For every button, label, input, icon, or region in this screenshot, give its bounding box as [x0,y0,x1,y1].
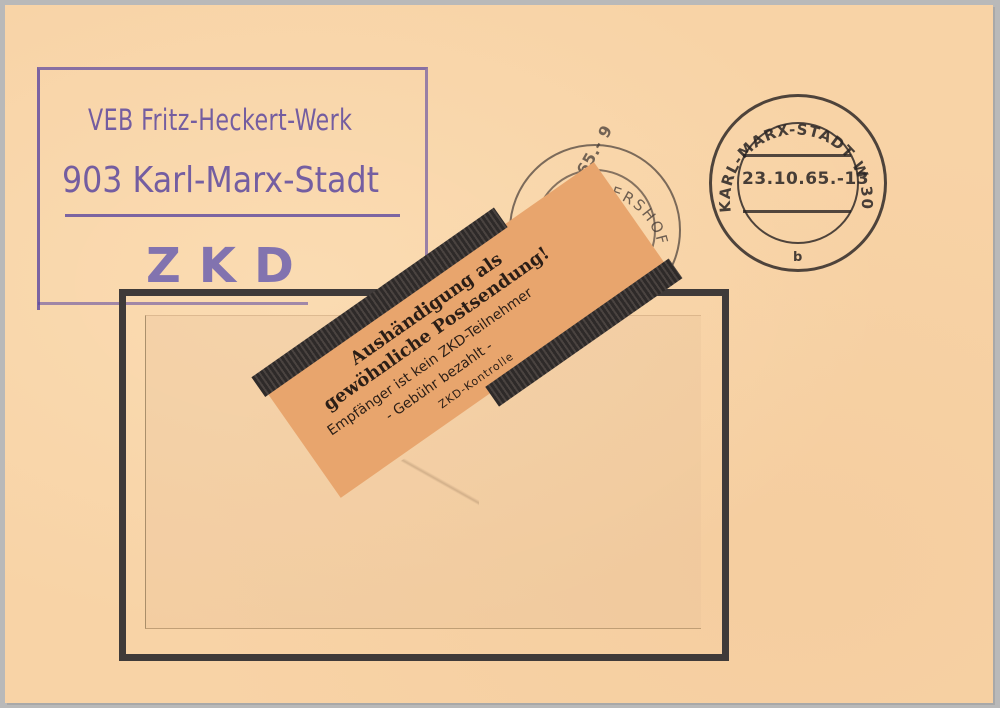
stamp-company-name: VEB Fritz-Heckert-Werk [88,103,352,137]
postmark-code: b [793,250,802,265]
postmark-date: 23.10.65.-13 [742,169,869,189]
svg-text:KARL-MARX-STADT W 30: KARL-MARX-STADT W 30 [716,120,876,213]
company-stamp: VEB Fritz-Heckert-Werk 903 Karl-Marx-Sta… [37,67,428,310]
envelope: VEB Fritz-Heckert-Werk 903 Karl-Marx-Sta… [5,5,993,703]
stamp-zkd: ZKD [146,238,312,294]
stamp-rule [65,214,400,217]
stamp-city: 903 Karl-Marx-Stadt [62,160,379,201]
postmark-karl-marx-stadt: KARL-MARX-STADT W 30 23.10.65.-13 b [709,94,887,272]
